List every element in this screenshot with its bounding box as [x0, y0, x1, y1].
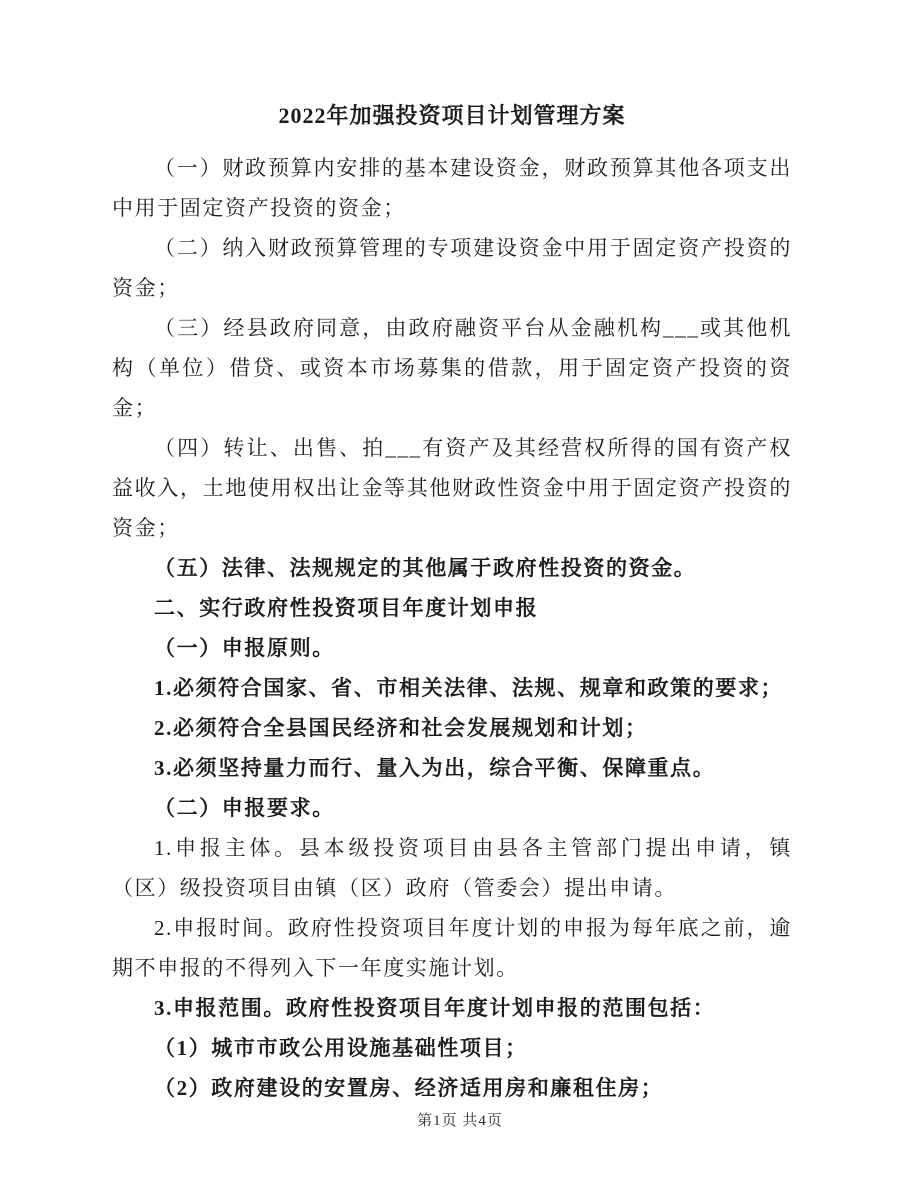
page-number: 第1页 共4页 [417, 1113, 503, 1129]
paragraph-10: 3.必须坚持量力而行、量入为出，综合平衡、保障重点。 [112, 748, 792, 788]
paragraph-11: （二）申报要求。 [112, 788, 792, 828]
paragraph-3: （三）经县政府同意，由政府融资平台从金融机构___或其他机构（单位）借贷、或资本… [112, 308, 792, 428]
page-footer: 第1页 共4页 [0, 1110, 920, 1132]
paragraph-8: 1.必须符合国家、省、市相关法律、法规、规章和政策的要求； [112, 668, 792, 708]
paragraph-13: 2.申报时间。政府性投资项目年度计划的申报为每年底之前，逾期不申报的不得列入下一… [112, 908, 792, 988]
paragraph-15: （1）城市市政公用设施基础性项目； [112, 1028, 792, 1068]
document-title: 2022年加强投资项目计划管理方案 [112, 0, 792, 134]
paragraph-4: （四）转让、出售、拍___有资产及其经营权所得的国有资产权益收入，土地使用权出让… [112, 428, 792, 548]
paragraph-1: （一）财政预算内安排的基本建设资金，财政预算其他各项支出中用于固定资产投资的资金… [112, 148, 792, 228]
document-page: 2022年加强投资项目计划管理方案 （一）财政预算内安排的基本建设资金，财政预算… [0, 0, 920, 1191]
paragraph-5: （五）法律、法规规定的其他属于政府性投资的资金。 [112, 548, 792, 588]
paragraph-6: 二、实行政府性投资项目年度计划申报 [112, 588, 792, 628]
paragraph-16: （2）政府建设的安置房、经济适用房和廉租住房； [112, 1068, 792, 1108]
document-content: 2022年加强投资项目计划管理方案 （一）财政预算内安排的基本建设资金，财政预算… [112, 0, 792, 1108]
paragraph-2: （二）纳入财政预算管理的专项建设资金中用于固定资产投资的资金； [112, 228, 792, 308]
paragraph-7: （一）申报原则。 [112, 628, 792, 668]
paragraph-9: 2.必须符合全县国民经济和社会发展规划和计划； [112, 708, 792, 748]
paragraph-14: 3.申报范围。政府性投资项目年度计划申报的范围包括： [112, 988, 792, 1028]
document-body: （一）财政预算内安排的基本建设资金，财政预算其他各项支出中用于固定资产投资的资金… [112, 148, 792, 1108]
paragraph-12: 1.申报主体。县本级投资项目由县各主管部门提出申请，镇（区）级投资项目由镇（区）… [112, 828, 792, 908]
